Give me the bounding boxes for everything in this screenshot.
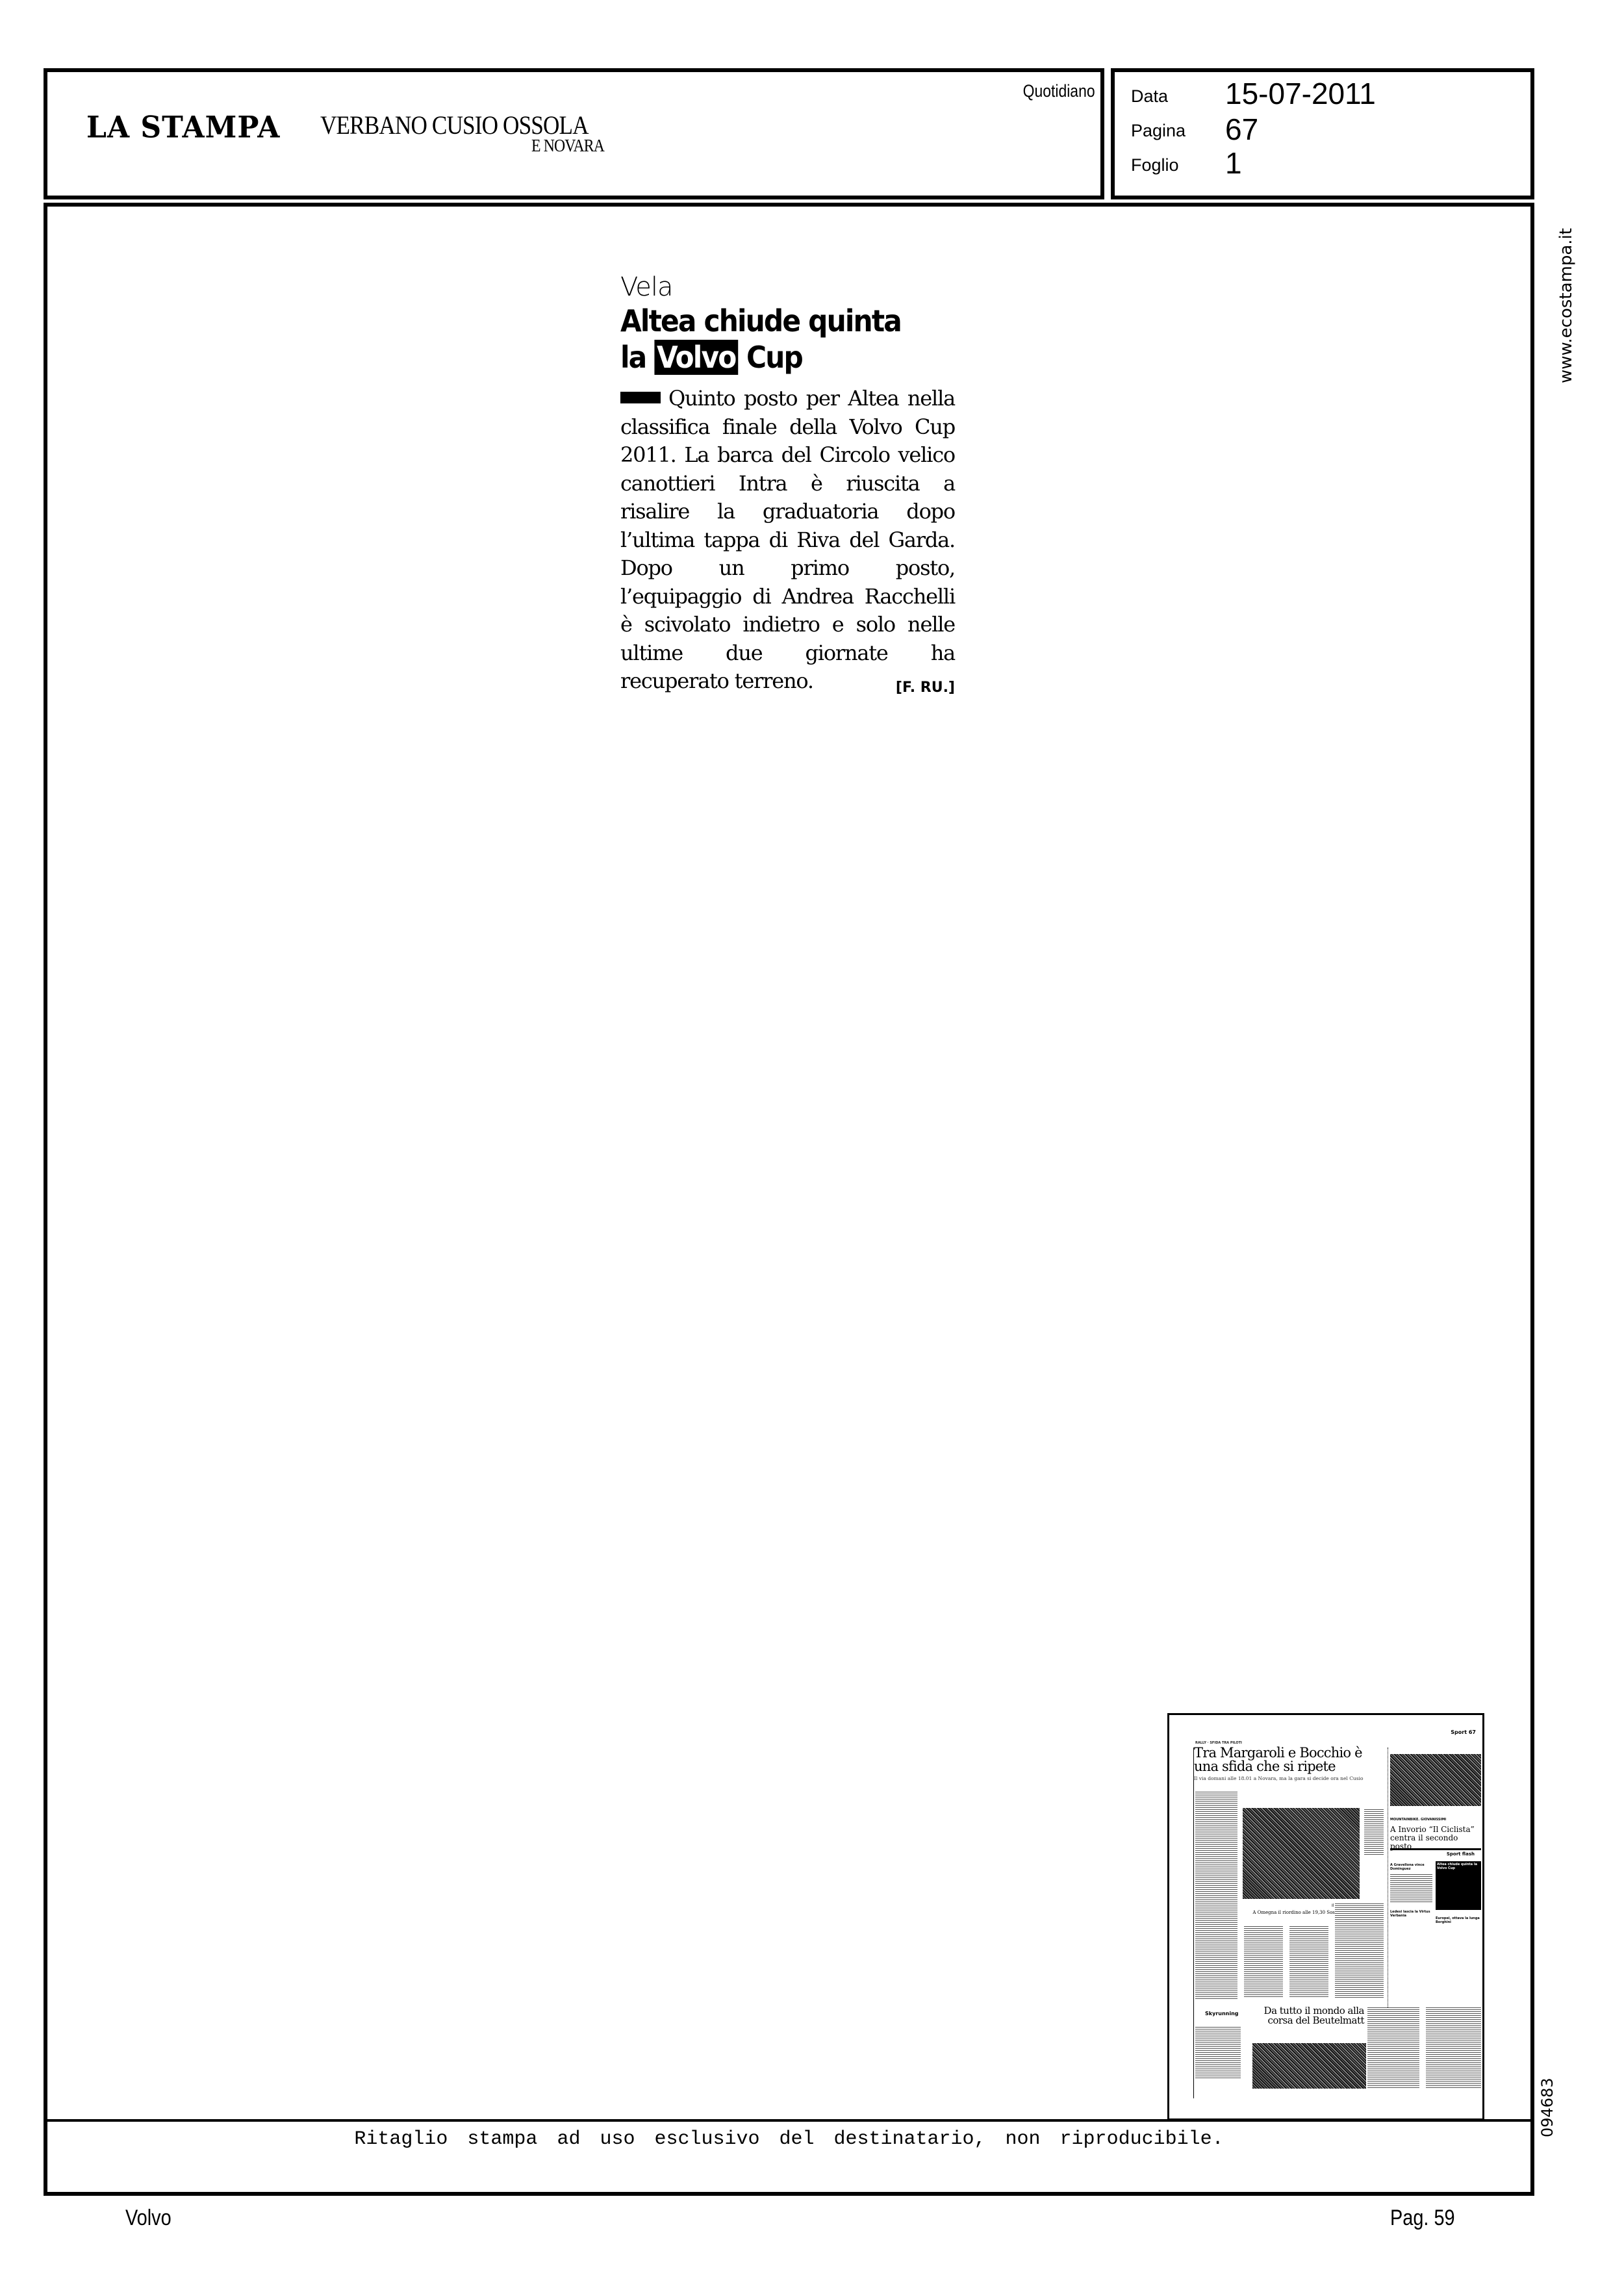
vertical-code: 094683 [1540,2079,1559,2137]
thumb-column-rule [1388,1748,1389,2007]
thumb-bottom-headline: Da tutto il mondo alla corsa del Beutelm… [1254,2006,1364,2026]
masthead-logo: LA STAMPA [86,110,280,146]
document-code: 094683 [1538,2078,1556,2137]
meta-label-date: Data [1131,86,1168,107]
thumb-column-rule [1193,2014,1194,2079]
thumb-flash-text [1390,1874,1432,1903]
thumb-headline: Tra Margaroli e Bocchio è una sfida che … [1194,1746,1389,1774]
page-counter: Pag. 59 [1390,2206,1455,2231]
disclaimer-text: Ritaglio stampa ad uso esclusivo del des… [47,2128,1530,2150]
thumb-flash-item: Europei, ottava la lunga Borghini [1436,1916,1481,1924]
edition-subtitle: E NOVARA [531,136,604,156]
thumb-text-column [1195,1792,1237,2000]
headline-line-1: Altea chiude quinta [620,303,928,339]
header-meta-box: Data 15-07-2011 Pagina 67 Foglio 1 [1111,68,1534,199]
thumb-text-column [1367,2007,1419,2089]
meta-value-page: 67 [1225,112,1258,147]
thumb-skyrunning-label: Skyrunning [1205,2011,1239,2016]
thumb-flash-item: Ledesi lascia la Virtus Verbania [1390,1910,1432,1918]
article-kicker: Vela [620,272,955,303]
ecostampa-url: www.ecostampa.it [1556,228,1576,383]
headline-highlight-keyword: Volvo [654,340,738,375]
thumb-flash-highlight: Altea chiude quinta la Volvo Cup [1436,1861,1481,1910]
headline-pre: la [620,340,646,375]
thumb-side-headline: A Invorio “Il Ciclista” centra il second… [1390,1825,1481,1851]
thumb-flash-item: A Gravellona vince Dominguez [1390,1863,1432,1871]
thumb-text-column [1195,2027,1241,2079]
thumb-flash-bar [1390,1848,1481,1850]
headline-post: Cup [746,340,802,375]
article-body-text: Quinto posto per Altea nella classifica … [620,386,955,693]
thumb-text-column [1426,2007,1481,2089]
headline-line-2: la Volvo Cup [620,339,928,375]
meta-label-page: Pagina [1131,121,1186,141]
header-publication-box: LA STAMPA VERBANO CUSIO OSSOLA E NOVARA … [44,68,1104,199]
thumb-flash-title: Sport flash [1447,1851,1475,1857]
thumb-side-kicker: MOUNTAINBIKE. GIOVANISSIMI [1390,1818,1446,1822]
article: Vela Altea chiude quinta la Volvo Cup Qu… [620,272,955,702]
thumb-caption-column [1364,1809,1384,1855]
thumb-text-column [1335,1903,1384,1998]
lead-bar-icon [620,392,661,403]
page-thumbnail: Sport 67 RALLY · SFIDA TRA PILOTI Tra Ma… [1167,1713,1484,2120]
meta-label-sheet: Foglio [1131,155,1179,175]
meta-value-date: 15-07-2011 [1225,76,1376,111]
thumb-section: Sport 67 [1451,1729,1476,1735]
thumb-subhead: Il via domani alle 18.01 a Novara, ma la… [1194,1775,1364,1781]
thumb-rally-photo [1243,1808,1360,1899]
article-headline: Altea chiude quinta la Volvo Cup [620,303,928,375]
article-body: Quinto posto per Altea nella classifica … [620,385,955,696]
meta-value-sheet: 1 [1225,146,1242,181]
vertical-url: www.ecostampa.it [1558,214,1577,383]
thumb-text-column [1289,1926,1328,1998]
thumb-cyclist-photo [1390,1754,1481,1806]
publication-frequency: Quotidiano [1023,81,1095,101]
article-byline: [F. RU.] [896,674,955,702]
thumb-runners-photo [1252,2043,1366,2089]
thumb-text-column [1244,1926,1283,1998]
clipping-keyword: Volvo [125,2206,171,2231]
